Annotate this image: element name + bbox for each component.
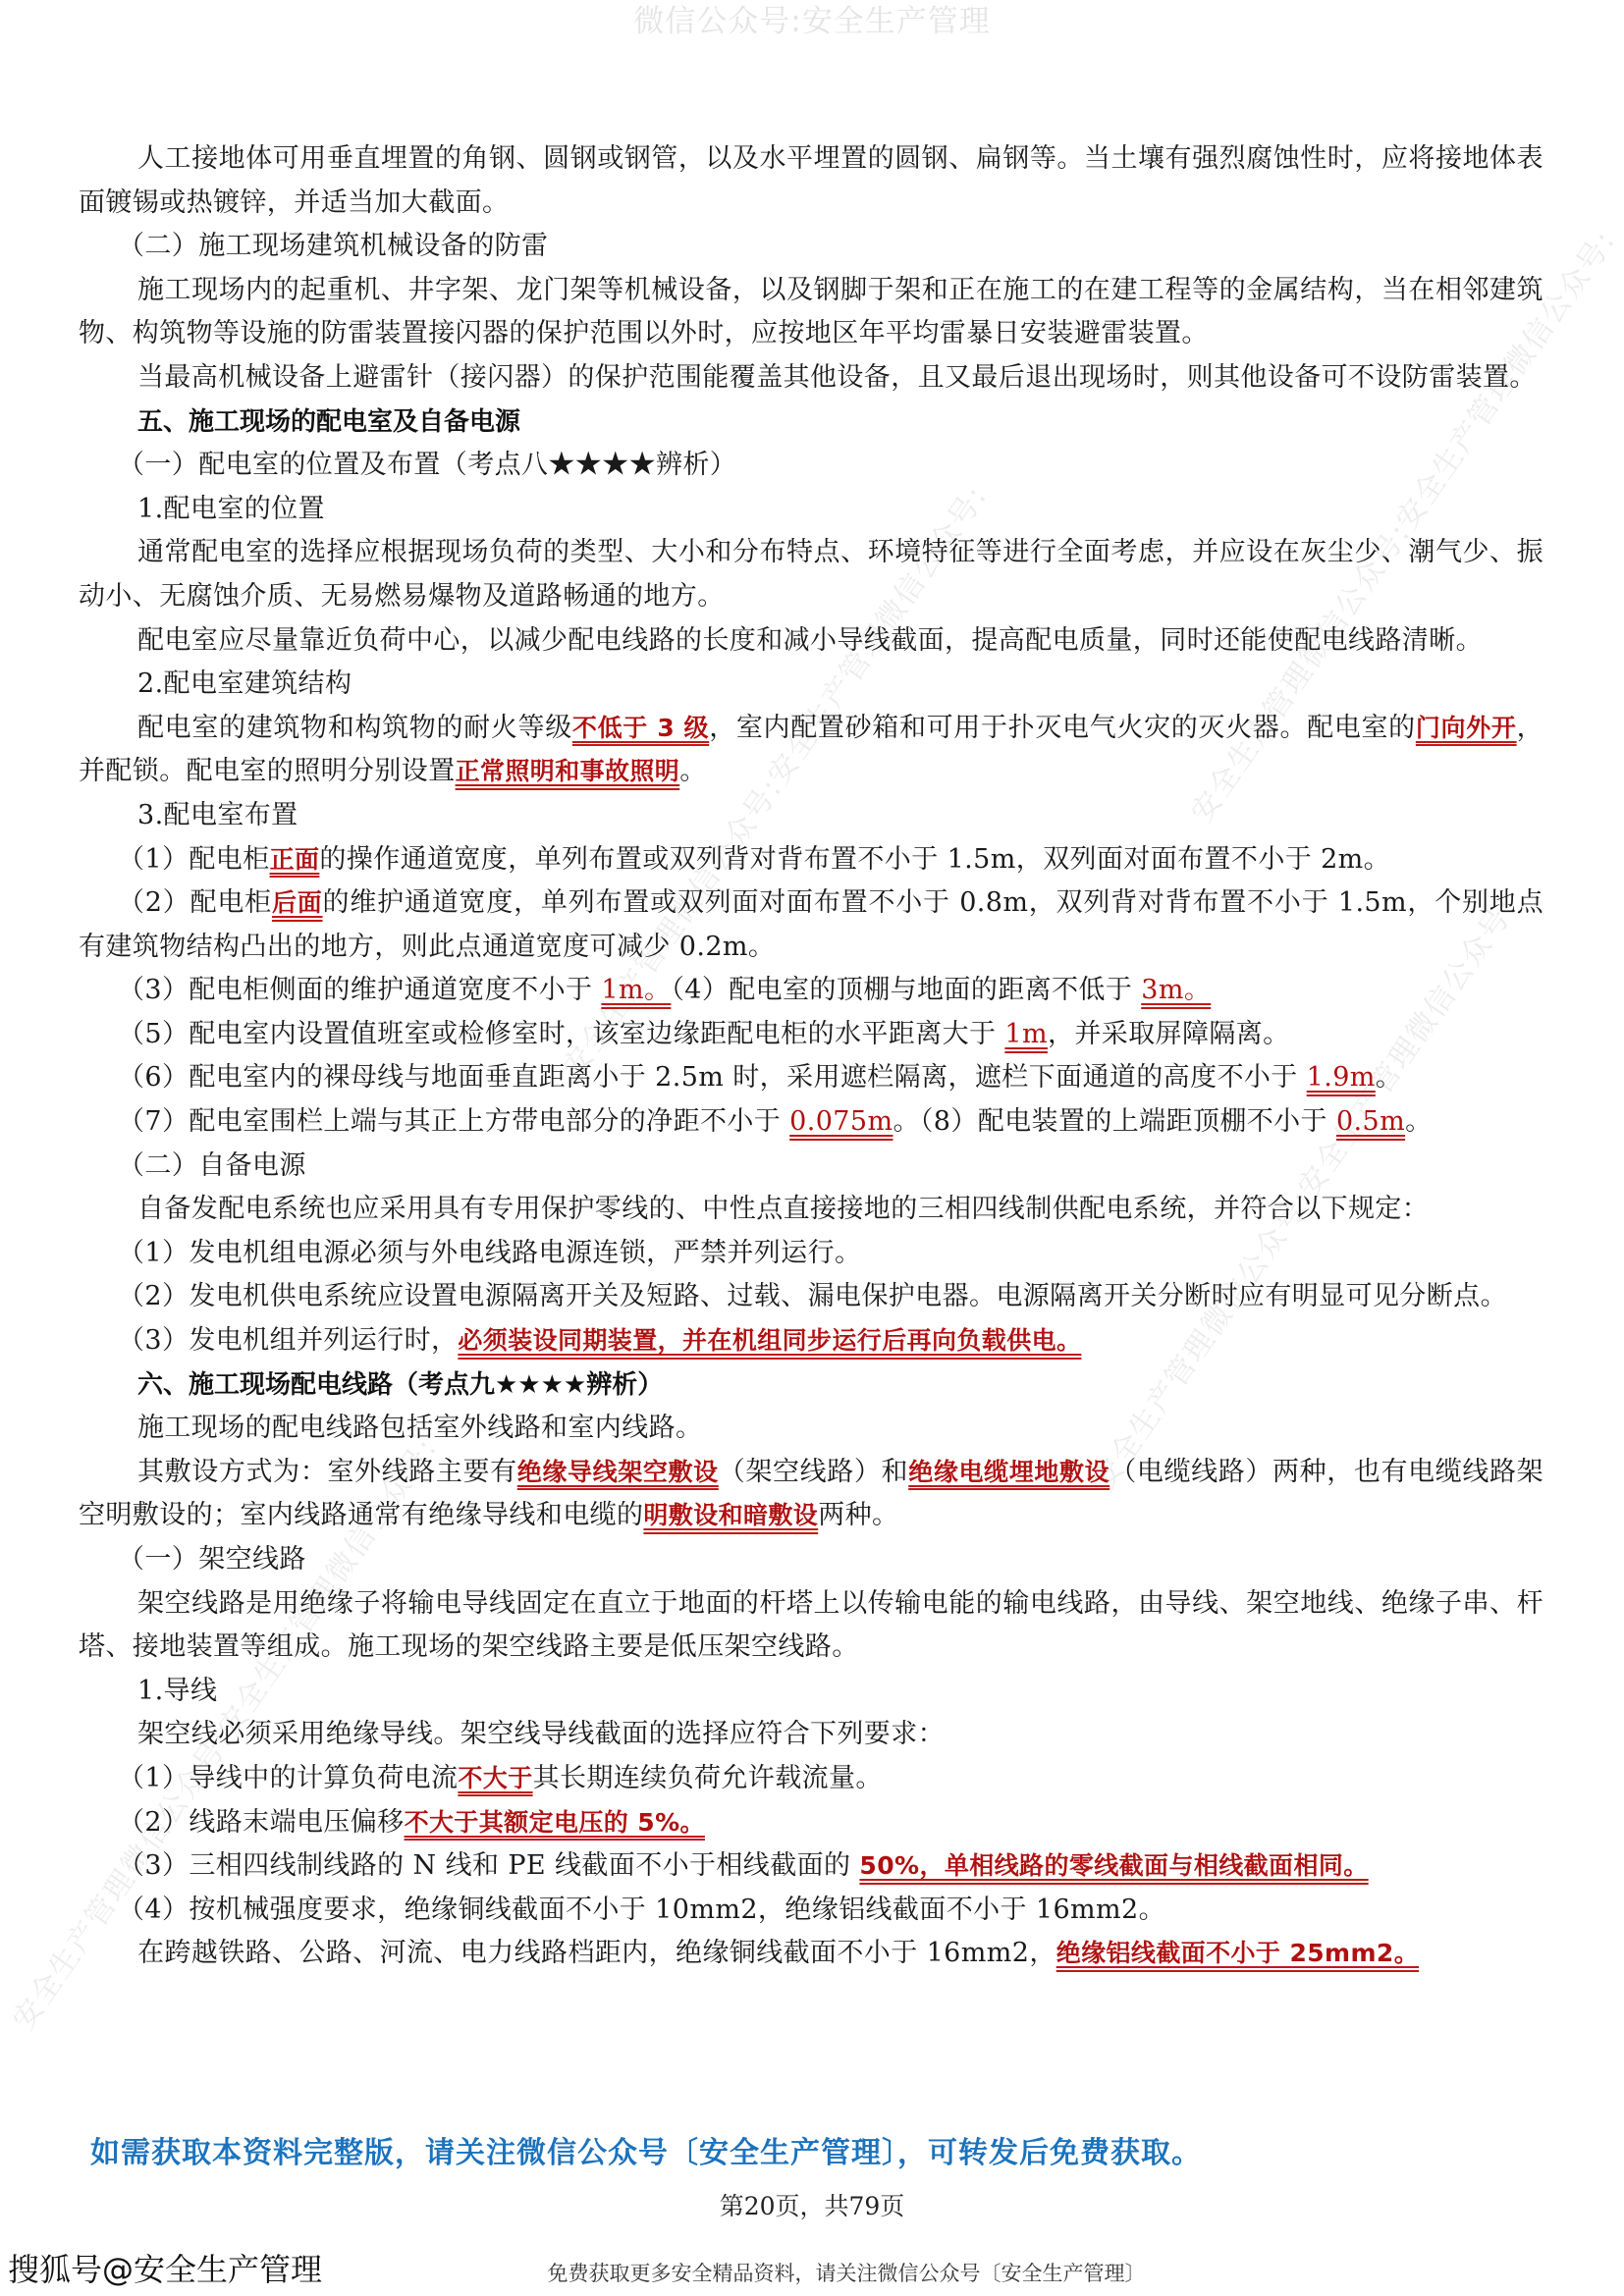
item-title-room-location: 1.配电室的位置 [79, 488, 1543, 532]
section-heading-distribution-lines: 六、施工现场配电线路（考点九★★★★辨析） [79, 1363, 1543, 1408]
text: （架空线路）和 [719, 1457, 908, 1487]
paragraph-grounding: 人工接地体可用垂直埋置的角钢、圆钢或钢管，以及水平埋置的圆钢、扁钢等。当土壤有强… [79, 137, 1543, 225]
paragraph-room-location-1: 通常配电室的选择应根据现场负荷的类型、大小和分布特点、环境特征等进行全面考虑，并… [79, 531, 1543, 618]
promo-banner: 如需获取本资料完整版，请关注微信公众号〔安全生产管理〕，可转发后免费获取。 [90, 2128, 1202, 2171]
subheading-machine-lightning: （二）施工现场建筑机械设备的防雷 [79, 225, 1543, 269]
top-watermark: 微信公众号:安全生产管理 [0, 0, 1624, 43]
rule-5: （5）配电室内设置值班室或检修室时，该室边缘距配电柜的水平距离大于 1m，并采取… [79, 1013, 1543, 1057]
highlight-fire-rating: 不低于 3 级 [572, 714, 709, 742]
paragraph-conductor: 架空线必须采用绝缘导线。架空线导线截面的选择应符合下列要求： [79, 1713, 1543, 1757]
text: （2）线路末端电压偏移 [118, 1807, 405, 1838]
text: 配电室的建筑物和构筑物的耐火等级 [137, 713, 572, 743]
paragraph-lightning-equipment: 施工现场内的起重机、井字架、龙门架等机械设备，以及钢脚于架和正在施工的在建工程等… [79, 269, 1543, 356]
text: （3）发电机组并列运行时， [118, 1325, 458, 1356]
rule-1: （1）配电柜正面的操作通道宽度，单列布置或双列背对背布置不小于 1.5m，双列面… [79, 838, 1543, 882]
highlight-50pct: 50%，单相线路的零线截面与相线截面相同。 [859, 1851, 1368, 1880]
highlight-voltage-5pct: 不大于其额定电压的 5%。 [405, 1808, 705, 1837]
highlight-front: 正面 [270, 845, 320, 874]
text: （5）配电室内设置值班室或检修室时，该室边缘距配电柜的水平距离大于 [118, 1019, 1004, 1049]
highlight-back: 后面 [272, 888, 323, 917]
highlight-height-1-9m: 1.9m [1307, 1062, 1376, 1093]
subheading-overhead-lines: （一）架空线路 [79, 1538, 1543, 1582]
conductor-rule-1: （1）导线中的计算负荷电流不大于其长期连续负荷允许载流量。 [79, 1757, 1543, 1801]
paragraph-overhead-lines: 架空线路是用绝缘子将输电导线固定在直立于地面的杆塔上以传输电能的输电线路，由导线… [79, 1582, 1543, 1670]
text: 。 [679, 756, 706, 786]
rule-3-4: （3）配电柜侧面的维护通道宽度不小于 1m。（4）配电室的顶棚与地面的距离不低于… [79, 969, 1543, 1013]
highlight-ceiling-height: 3m。 [1141, 975, 1211, 1005]
highlight-overhead: 绝缘导线架空敷设 [517, 1458, 719, 1486]
generator-rule-3: （3）发电机组并列运行时，必须装设同期装置，并在机组同步运行后再向负载供电。 [79, 1319, 1543, 1363]
section-heading-distribution-room: 五、施工现场的配电室及自备电源 [79, 400, 1543, 445]
conductor-rule-4: （4）按机械强度要求，绝缘铜线截面不小于 10mm2，绝缘铝线截面不小于 16m… [79, 1889, 1543, 1933]
item-title-room-layout: 3.配电室布置 [79, 794, 1543, 838]
text: 在跨越铁路、公路、河流、电力线路档距内，绝缘铜线截面不小于 16mm2， [137, 1938, 1056, 1968]
text: ，并采取屏障隔离。 [1048, 1019, 1290, 1049]
highlight-not-greater: 不大于 [458, 1764, 532, 1792]
document-body: 人工接地体可用垂直埋置的角钢、圆钢或钢管，以及水平埋置的圆钢、扁钢等。当土壤有强… [79, 137, 1543, 1976]
rule-6: （6）配电室内的裸母线与地面垂直距离小于 2.5m 时，采用遮栏隔离，遮栏下面通… [79, 1056, 1543, 1100]
paragraph-laying-methods: 其敷设方式为：室外线路主要有绝缘导线架空敷设（架空线路）和绝缘电缆埋地敷设（电缆… [79, 1451, 1543, 1538]
item-title-room-structure: 2.配电室建筑结构 [79, 663, 1543, 707]
item-title-conductor: 1.导线 [79, 1670, 1543, 1714]
generator-rule-1: （1）发电机组电源必须与外电线路电源连锁，严禁并列运行。 [79, 1232, 1543, 1276]
text: 两种。 [818, 1500, 898, 1530]
paragraph-lightning-exemption: 当最高机械设备上避雷针（接闪器）的保护范围能覆盖其他设备，且又最后退出现场时，则… [79, 356, 1543, 400]
rule-2: （2）配电柜后面的维护通道宽度，单列布置或双列面对面布置不小于 0.8m，双列背… [79, 881, 1543, 969]
conductor-rule-2: （2）线路末端电压偏移不大于其额定电压的 5%。 [79, 1801, 1543, 1845]
text: （7）配电室围栏上端与其正上方带电部分的净距不小于 [118, 1106, 789, 1137]
text: （4）配电室的顶棚与地面的距离不低于 [671, 975, 1141, 1005]
text: 其敷设方式为：室外线路主要有 [137, 1457, 517, 1487]
highlight-top-distance: 0.5m [1336, 1106, 1405, 1137]
text: （2）配电柜 [118, 887, 272, 918]
text: （1）导线中的计算负荷电流 [118, 1763, 458, 1793]
text: （1）配电柜 [118, 844, 270, 875]
highlight-lighting: 正常照明和事故照明 [456, 757, 680, 785]
footer-note: 免费获取更多安全精品资料，请关注微信公众号〔安全生产管理〕 [0, 2258, 1624, 2287]
highlight-clearance: 0.075m [789, 1106, 893, 1137]
page-number: 第20页，共79页 [0, 2187, 1624, 2222]
rule-7-8: （7）配电室围栏上端与其正上方带电部分的净距不小于 0.075m。（8）配电装置… [79, 1100, 1543, 1145]
highlight-synchronization: 必须装设同期装置，并在机组同步运行后再向负载供电。 [458, 1326, 1081, 1355]
paragraph-lines-intro: 施工现场的配电线路包括室外线路和室内线路。 [79, 1407, 1543, 1451]
text: （3）三相四线制线路的 N 线和 PE 线截面不小于相线截面的 [118, 1850, 859, 1881]
subheading-room-location-layout: （一）配电室的位置及布置（考点八★★★★辨析） [79, 444, 1543, 488]
text: 。（8）配电装置的上端距顶棚不小于 [893, 1106, 1335, 1137]
paragraph-room-location-2: 配电室应尽量靠近负荷中心，以减少配电线路的长度和减小导线截面，提高配电质量，同时… [79, 619, 1543, 664]
highlight-door-outward: 门向外开 [1416, 714, 1517, 742]
highlight-buried-cable: 绝缘电缆埋地敷设 [908, 1458, 1110, 1486]
text: 。 [1405, 1106, 1432, 1137]
paragraph-backup-power: 自备发配电系统也应采用具有专用保护零线的、中性点直接接地的三相四线制供配电系统，… [79, 1188, 1543, 1232]
subheading-backup-power: （二）自备电源 [79, 1145, 1543, 1189]
conductor-rule-3: （3）三相四线制线路的 N 线和 PE 线截面不小于相线截面的 50%，单相线路… [79, 1844, 1543, 1889]
text: （3）配电柜侧面的维护通道宽度不小于 [118, 975, 601, 1005]
conductor-rule-5: 在跨越铁路、公路、河流、电力线路档距内，绝缘铜线截面不小于 16mm2，绝缘铝线… [79, 1932, 1543, 1976]
paragraph-room-structure: 配电室的建筑物和构筑物的耐火等级不低于 3 级，室内配置砂箱和可用于扑灭电气火灾… [79, 707, 1543, 794]
text: 的操作通道宽度，单列布置或双列背对背布置不小于 1.5m，双列面对面布置不小于 … [319, 844, 1390, 875]
highlight-distance-1m: 1m [1004, 1019, 1048, 1049]
text: 其长期连续负荷允许载流量。 [533, 1763, 883, 1793]
generator-rule-2: （2）发电机供电系统应设置电源隔离开关及短路、过载、漏电保护电器。电源隔离开关分… [79, 1275, 1543, 1319]
highlight-side-width: 1m。 [601, 975, 671, 1005]
highlight-aluminum-25: 绝缘铝线截面不小于 25mm2。 [1056, 1939, 1419, 1967]
text: 。 [1376, 1062, 1402, 1093]
highlight-exposed-concealed: 明敷设和暗敷设 [643, 1501, 818, 1529]
text: ，室内配置砂箱和可用于扑灭电气火灾的灭火器。配电室的 [709, 713, 1416, 743]
text: （6）配电室内的裸母线与地面垂直距离小于 2.5m 时，采用遮栏隔离，遮栏下面通… [118, 1062, 1307, 1093]
